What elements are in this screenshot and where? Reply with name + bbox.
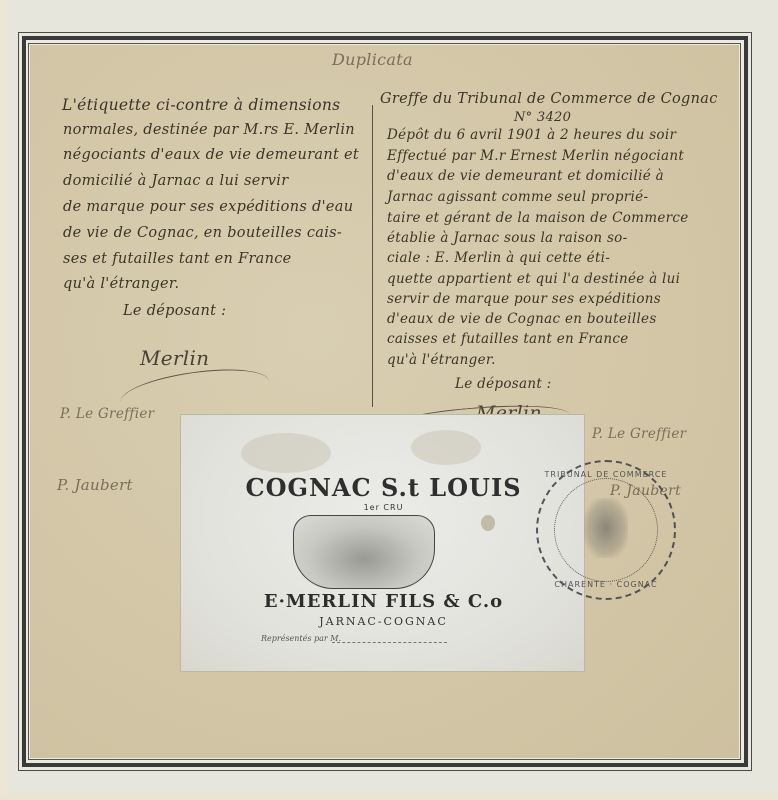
right-line: quette appartient et qui l'a destinée à … — [387, 273, 680, 287]
cognac-label: COGNAC S.t LOUIS 1er CRU E·MERLIN FILS &… — [180, 414, 585, 672]
right-line: qu'à l'étranger. — [387, 354, 496, 368]
left-line: de marque pour ses expéditions d'eau — [63, 200, 353, 215]
deposit-number: N° 3420 — [514, 111, 571, 124]
court-seal-stamp: TRIBUNAL DE COMMERCE CHARENTE · COGNAC — [536, 460, 676, 600]
left-line: de vie de Cognac, en bouteilles cais- — [63, 226, 342, 241]
left-greffier-note: P. Le Greffier — [60, 408, 154, 422]
right-line: taire et gérant de la maison de Commerce — [387, 212, 689, 226]
seal-top-text: TRIBUNAL DE COMMERCE — [538, 470, 674, 479]
right-line: Effectué par M.r Ernest Merlin négociant — [387, 150, 684, 164]
left-signature: Merlin — [140, 348, 209, 368]
stain — [241, 433, 331, 473]
right-line: d'eaux de vie demeurant et domicilié à — [387, 170, 664, 184]
right-line: d'eaux de vie de Cognac en bouteilles — [387, 313, 657, 327]
left-line: qu'à l'étranger. — [63, 277, 179, 292]
left-line: négociants d'eaux de vie demeurant et — [63, 148, 359, 163]
right-line: Dépôt du 6 avril 1901 à 2 heures du soir — [387, 129, 676, 143]
left-signoff: Le déposant : — [123, 304, 226, 319]
left-line: L'étiquette ci-contre à dimensions — [62, 98, 340, 114]
page-bottom-edge — [0, 793, 778, 800]
right-signoff: Le déposant : — [455, 378, 551, 392]
page-edge — [0, 0, 7, 800]
right-line: Jarnac agissant comme seul proprié- — [387, 191, 648, 205]
label-subtitle: 1er CRU — [181, 503, 586, 512]
label-company: E·MERLIN FILS & C.o — [181, 591, 586, 612]
right-line: ciale : E. Merlin à qui cette éti- — [387, 252, 610, 266]
right-greffier-note: P. Le Greffier — [592, 428, 686, 442]
label-title: COGNAC S.t LOUIS — [181, 473, 586, 502]
duplicata-note: Duplicata — [332, 52, 413, 68]
left-greffier-signature: P. Jaubert — [57, 478, 133, 493]
vineyard-scene-illustration — [293, 515, 435, 589]
left-line: ses et futailles tant en France — [63, 252, 292, 267]
seal-bottom-text: CHARENTE · COGNAC — [538, 580, 674, 589]
right-line: établie à Jarnac sous la raison so- — [387, 232, 627, 246]
seal-emblem-icon — [584, 498, 628, 558]
right-heading: Greffe du Tribunal de Commerce de Cognac — [380, 92, 718, 107]
stain — [411, 430, 481, 465]
column-divider — [372, 105, 373, 407]
label-city: JARNAC-COGNAC — [181, 615, 586, 628]
right-line: caisses et futailles tant en France — [387, 333, 629, 347]
right-line: servir de marque pour ses expéditions — [387, 293, 661, 307]
left-line: normales, destinée par M.rs E. Merlin — [63, 123, 355, 138]
left-line: domicilié à Jarnac a lui servir — [63, 174, 288, 189]
label-represented-by: Représentés par M. — [261, 634, 341, 643]
stain — [481, 515, 495, 531]
represented-by-line — [332, 642, 447, 643]
